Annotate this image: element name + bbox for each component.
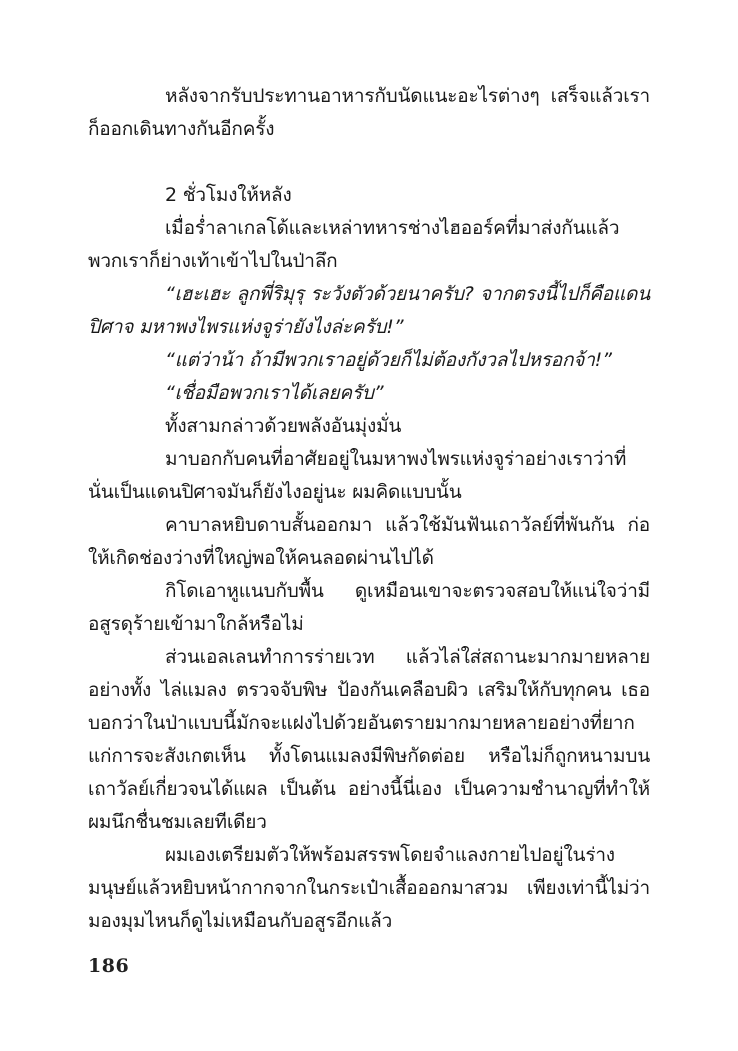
paragraph-gido-listens: กิโดเอาหูแนบกับพื้น ดูเหมือนเขาจะตรวจสอบ…: [88, 575, 650, 641]
book-page-body: หลังจากรับประทานอาหารกับนัดแนะอะไรต่างๆ …: [88, 80, 650, 938]
paragraph-narrator-disguise: ผมเองเตรียมตัวให้พร้อมสรรพโดยจำแลงกายไปอ…: [88, 839, 650, 938]
paragraph-time-skip: 2 ชั่วโมงให้หลัง: [88, 179, 650, 212]
paragraph-narrator-thought: มาบอกกับคนที่อาศัยอยู่ในมหาพงไพรแห่งจูร่…: [88, 443, 650, 509]
dialogue-trust: “เชื่อมือพวกเราได้เลยครับ”: [88, 377, 650, 410]
paragraph-three-declare: ทั้งสามกล่าวด้วยพลังอันมุ่งมั่น: [88, 410, 650, 443]
page-number: 186: [88, 955, 129, 977]
paragraph-kabal-cuts: คาบาลหยิบดาบสั้นออกมา แล้วใช้มันฟันเถาวั…: [88, 509, 650, 575]
paragraph-ellen-casts: ส่วนเอลเลนทำการร่ายเวท แล้วไล่ใส่สถานะมา…: [88, 641, 650, 839]
dialogue-warning: “เฮะเฮะ ลูกพี่ริมุรุ ระวังตัวด้วยนาครับ?…: [88, 278, 650, 344]
paragraph-after-meal: หลังจากรับประทานอาหารกับนัดแนะอะไรต่างๆ …: [88, 80, 650, 146]
paragraph-enter-forest: เมื่อร่ำลาเกลโด้และเหล่าทหารช่างไฮออร์คท…: [88, 212, 650, 278]
section-break: [88, 146, 650, 179]
dialogue-reassure: “แต่ว่าน้า ถ้ามีพวกเราอยู่ด้วยก็ไม่ต้องก…: [88, 344, 650, 377]
